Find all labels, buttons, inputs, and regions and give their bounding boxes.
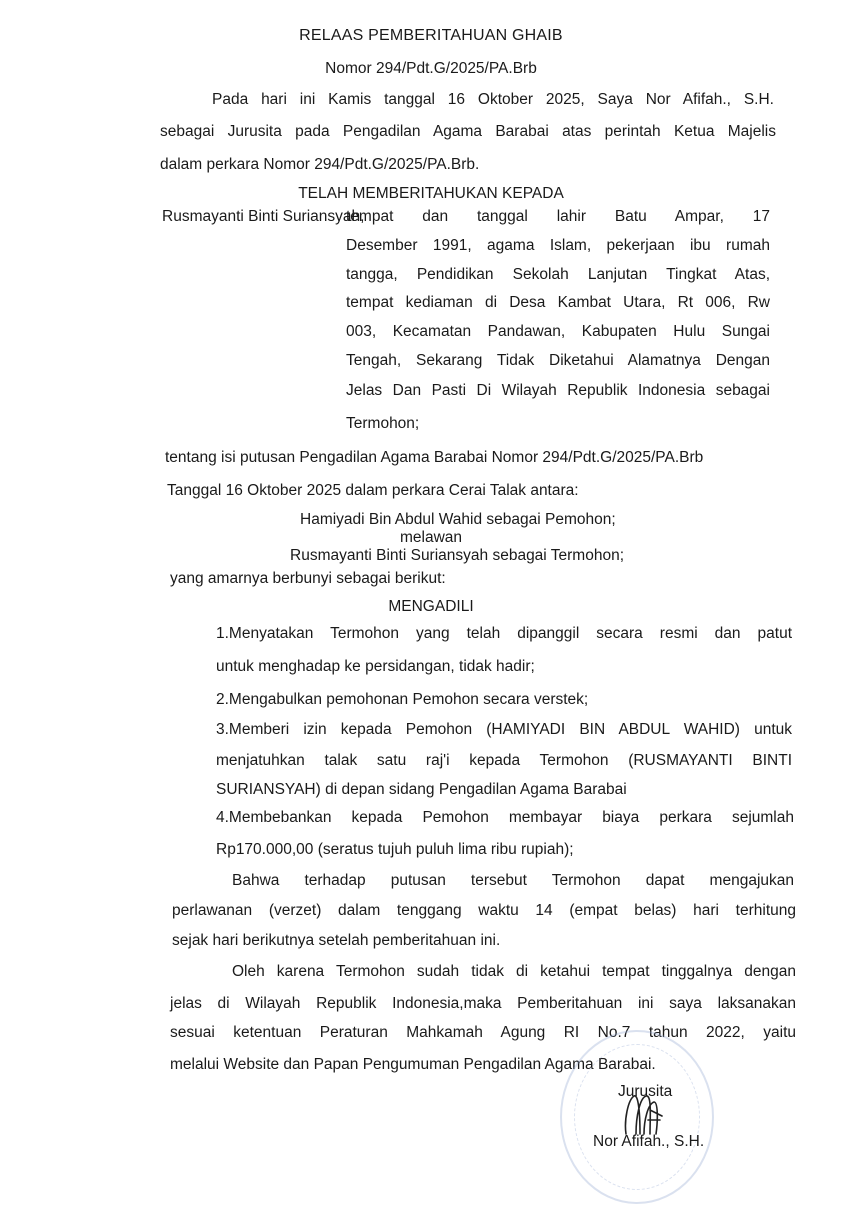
recipient-detail-4: 003, Kecamatan Pandawan, Kabupaten Hulu … [346, 322, 770, 342]
court-notice-page: RELAAS PEMBERITAHUAN GHAIB Nomor 294/Pdt… [0, 0, 862, 1221]
objection-line-3: sejak hari berikutnya setelah pemberitah… [172, 931, 500, 951]
party-versus: melawan [400, 528, 462, 548]
recipient-detail-2: tangga, Pendidikan Sekolah Lanjutan Ting… [346, 265, 770, 285]
closing-line-2: jelas di Wilayah Republik Indonesia,maka… [170, 994, 796, 1014]
notified-heading: TELAH MEMBERITAHUKAN KEPADA [0, 184, 862, 204]
verdict-line-2: untuk menghadap ke persidangan, tidak ha… [216, 657, 535, 677]
verdict-line-7: 4.Membebankan kepada Pemohon membayar bi… [216, 808, 794, 828]
party-respondent: Rusmayanti Binti Suriansyah sebagai Term… [290, 546, 624, 566]
verdict-intro: yang amarnya berbunyi sebagai berikut: [170, 569, 446, 589]
closing-line-3: sesuai ketentuan Peraturan Mahkamah Agun… [170, 1023, 796, 1043]
recipient-detail-5: Tengah, Sekarang Tidak Diketahui Alamatn… [346, 351, 770, 371]
about-line-1: tentang isi putusan Pengadilan Agama Bar… [165, 448, 703, 468]
verdict-line-4: 3.Memberi izin kepada Pemohon (HAMIYADI … [216, 720, 792, 740]
recipient-detail-0: tempat dan tanggal lahir Batu Ampar, 17 [346, 207, 770, 227]
case-number: Nomor 294/Pdt.G/2025/PA.Brb [0, 59, 862, 79]
verdict-line-5: menjatuhkan talak satu raj'i kepada Term… [216, 751, 792, 771]
opening-line-3: dalam perkara Nomor 294/Pdt.G/2025/PA.Br… [160, 155, 479, 175]
verdict-heading: MENGADILI [0, 597, 862, 617]
verdict-line-6: SURIANSYAH) di depan sidang Pengadilan A… [216, 780, 627, 800]
verdict-line-1: 1.Menyatakan Termohon yang telah dipangg… [216, 624, 792, 644]
objection-line-1: Bahwa terhadap putusan tersebut Termohon… [232, 871, 794, 891]
recipient-detail-3: tempat kediaman di Desa Kambat Utara, Rt… [346, 293, 770, 313]
document-title: RELAAS PEMBERITAHUAN GHAIB [0, 26, 862, 46]
about-line-2: Tanggal 16 Oktober 2025 dalam perkara Ce… [167, 481, 579, 501]
party-applicant: Hamiyadi Bin Abdul Wahid sebagai Pemohon… [300, 510, 616, 530]
closing-line-1: Oleh karena Termohon sudah tidak di keta… [232, 962, 796, 982]
recipient-detail-6: Jelas Dan Pasti Di Wilayah Republik Indo… [346, 381, 770, 401]
objection-line-2: perlawanan (verzet) dalam tenggang waktu… [172, 901, 796, 921]
opening-line-2: sebagai Jurusita pada Pengadilan Agama B… [160, 122, 776, 142]
verdict-line-3: 2.Mengabulkan pemohonan Pemohon secara v… [216, 690, 588, 710]
recipient-name: Rusmayanti Binti Suriansyah, [162, 207, 364, 227]
recipient-detail-1: Desember 1991, agama Islam, pekerjaan ib… [346, 236, 770, 256]
signatory-name: Nor Afifah., S.H. [593, 1132, 704, 1152]
opening-line-1: Pada hari ini Kamis tanggal 16 Oktober 2… [212, 90, 774, 110]
recipient-detail-7: Termohon; [346, 414, 419, 434]
verdict-line-8: Rp170.000,00 (seratus tujuh puluh lima r… [216, 840, 574, 860]
